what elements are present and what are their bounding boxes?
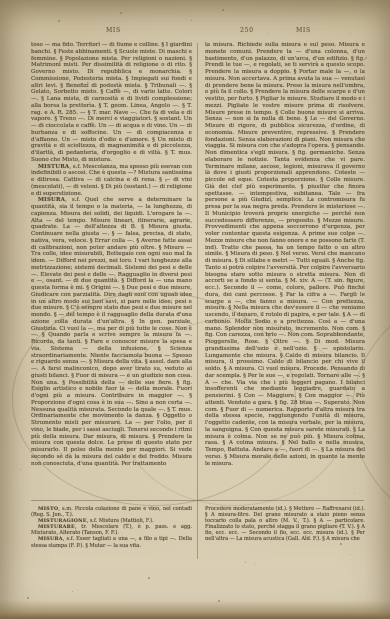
entry-headword: MISTO: [38, 506, 58, 512]
paper-speck: [120, 12, 122, 14]
running-head-right: MIS: [296, 27, 311, 34]
main-text-column-right: la misura. Richiede sulla misura e sul p…: [205, 42, 365, 500]
paper-speck: [29, 1, 30, 2]
paper-speck: [365, 57, 367, 59]
paper-speck: [383, 134, 384, 135]
dictionary-paragraph: Procedere moderatamente (id.). § Mettere…: [205, 506, 365, 543]
paper-speck: [72, 591, 73, 592]
footnote-block: MISTO, s.m. Piccola colazione di pane e …: [31, 506, 365, 562]
entry-headword: MISURA: [38, 536, 63, 542]
dictionary-paragraph: la misura. Richiede sulla misura e sul p…: [205, 42, 365, 467]
dictionary-paragraph: MISTURA, s.f. Mescolanza, ma spesso più …: [31, 164, 192, 198]
paper-speck: [0, 562, 1, 563]
paper-speck: [20, 469, 21, 470]
entry-headword: MISTURARE: [38, 524, 75, 530]
footnote-column-right: Procedere moderatamente (id.). § Mettere…: [205, 506, 365, 562]
paper-speck: [218, 600, 220, 602]
dictionary-paragraph: MISURA, s.f. Esser tagliati a una —, a f…: [31, 536, 192, 548]
page-bottom-edge: [0, 612, 390, 619]
dictionary-paragraph: MISURA, s.f. Quel che serve a determinar…: [31, 197, 192, 467]
paper-speck: [27, 597, 29, 599]
paper-speck: [148, 577, 150, 579]
main-text-column-left: toso — ma fido. Territorî — di fiume e c…: [31, 42, 192, 500]
entry-headword: MISTURA: [38, 164, 69, 170]
scanned-dictionary-page: MIS 250 MIS toso — ma fido. Territorî — …: [0, 0, 390, 619]
page-number: 250: [240, 27, 254, 34]
dictionary-paragraph: MISTURARE, tr. Mescolare (T.), è p. pass…: [31, 524, 192, 536]
paper-speck: [222, 9, 224, 11]
paper-speck: [255, 564, 256, 565]
main-text-block: toso — ma fido. Territorî — di fiume e c…: [31, 42, 365, 500]
footnote-column-left: MISTO, s.m. Piccola colazione di pane e …: [31, 506, 192, 562]
entry-headword: MISURA: [38, 197, 65, 203]
dictionary-paragraph: MISTO, s.m. Piccola colazione di pane e …: [31, 506, 192, 518]
paper-speck: [349, 33, 350, 34]
footnote-separator-line: [31, 500, 364, 501]
paper-speck: [58, 20, 60, 22]
dictionary-paragraph: toso — ma fido. Territorî — di fiume e c…: [31, 42, 192, 164]
running-head-left: MIS: [106, 27, 121, 34]
paper-speck: [268, 33, 269, 34]
paper-speck: [191, 20, 192, 21]
paper-speck: [245, 562, 246, 563]
